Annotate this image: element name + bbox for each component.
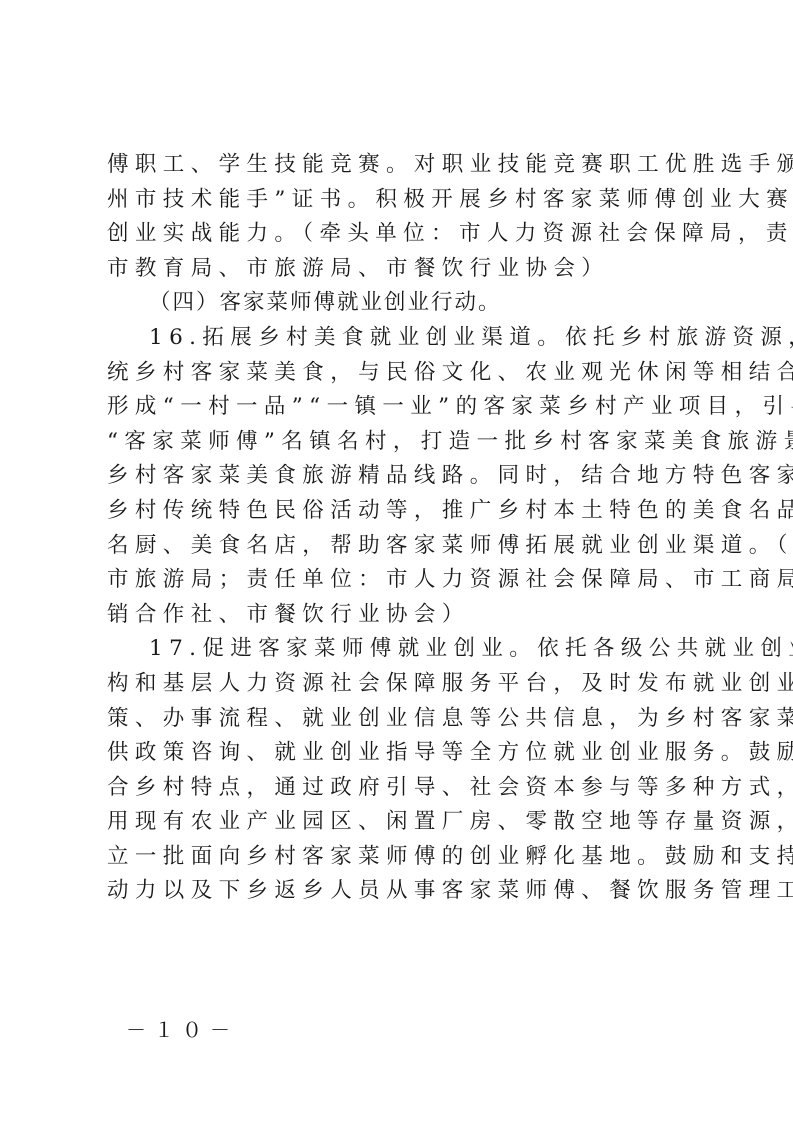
paragraph-continuation: 傅职工、学生技能竞赛。对职业技能竞赛职工优胜选手颁发“梅 州市技术能手”证书。积… — [107, 148, 699, 286]
text-line: 傅职工、学生技能竞赛。对职业技能竞赛职工优胜选手颁发“梅 — [107, 148, 699, 183]
text-line: 市旅游局；责任单位：市人力资源社会保障局、市工商局、市供 — [107, 563, 699, 598]
text-line: 供政策咨询、就业创业指导等全方位就业创业服务。鼓励各地结 — [107, 736, 699, 771]
text-line: “客家菜师傅”名镇名村，打造一批乡村客家菜美食旅游景点和 — [107, 425, 699, 460]
page-number: －１０－ — [126, 1014, 238, 1043]
text-line: 用现有农业产业园区、闲置厂房、零散空地等存量资源，整合建 — [107, 805, 699, 840]
text-line: 形成“一村一品”“一镇一业”的客家菜乡村产业项目，引导建设 — [107, 390, 699, 425]
text-line: 销合作社、市餐饮行业协会） — [107, 598, 699, 633]
text-line: 州市技术能手”证书。积极开展乡村客家菜师傅创业大赛，提高 — [107, 183, 699, 218]
section-heading: （四）客家菜师傅就业创业行动。 — [107, 286, 699, 321]
text-line: 市教育局、市旅游局、市餐饮行业协会） — [107, 252, 699, 287]
text-line: 动力以及下乡返乡人员从事客家菜师傅、餐饮服务管理工作和创 — [107, 874, 699, 909]
text-line: 乡村客家菜美食旅游精品线路。同时，结合地方特色客家菜美食、 — [107, 459, 699, 494]
document-page: 傅职工、学生技能竞赛。对职业技能竞赛职工优胜选手颁发“梅 州市技术能手”证书。积… — [0, 0, 793, 1122]
text-line: 统乡村客家菜美食，与民俗文化、农业观光休闲等相结合，努力 — [107, 356, 699, 391]
paragraph-item-16: 16.拓展乡村美食就业创业渠道。依托乡村旅游资源，深挖传 统乡村客家菜美食，与民… — [107, 321, 699, 632]
text-line: 名厨、美食名店，帮助客家菜师傅拓展就业创业渠道。（牵头单位： — [107, 529, 699, 564]
heading-text: （四）客家菜师傅就业创业行动。 — [107, 286, 699, 321]
paragraph-item-17: 17.促进客家菜师傅就业创业。依托各级公共就业创业服务机 构和基层人力资源社会保… — [107, 632, 699, 909]
text-line: 合乡村特点，通过政府引导、社会资本参与等多种方式，充分利 — [107, 771, 699, 806]
text-line: 乡村传统特色民俗活动等，推广乡村本土特色的美食名品、美食 — [107, 494, 699, 529]
text-line: 策、办事流程、就业创业信息等公共信息，为乡村客家菜师傅提 — [107, 702, 699, 737]
text-line: 16.拓展乡村美食就业创业渠道。依托乡村旅游资源，深挖传 — [107, 321, 699, 356]
text-line: 构和基层人力资源社会保障服务平台，及时发布就业创业扶持政 — [107, 667, 699, 702]
document-body: 傅职工、学生技能竞赛。对职业技能竞赛职工优胜选手颁发“梅 州市技术能手”证书。积… — [107, 148, 699, 909]
text-line: 17.促进客家菜师傅就业创业。依托各级公共就业创业服务机 — [107, 632, 699, 667]
text-line: 立一批面向乡村客家菜师傅的创业孵化基地。鼓励和支持农村劳 — [107, 840, 699, 875]
text-line: 创业实战能力。（牵头单位：市人力资源社会保障局，责任单位： — [107, 217, 699, 252]
